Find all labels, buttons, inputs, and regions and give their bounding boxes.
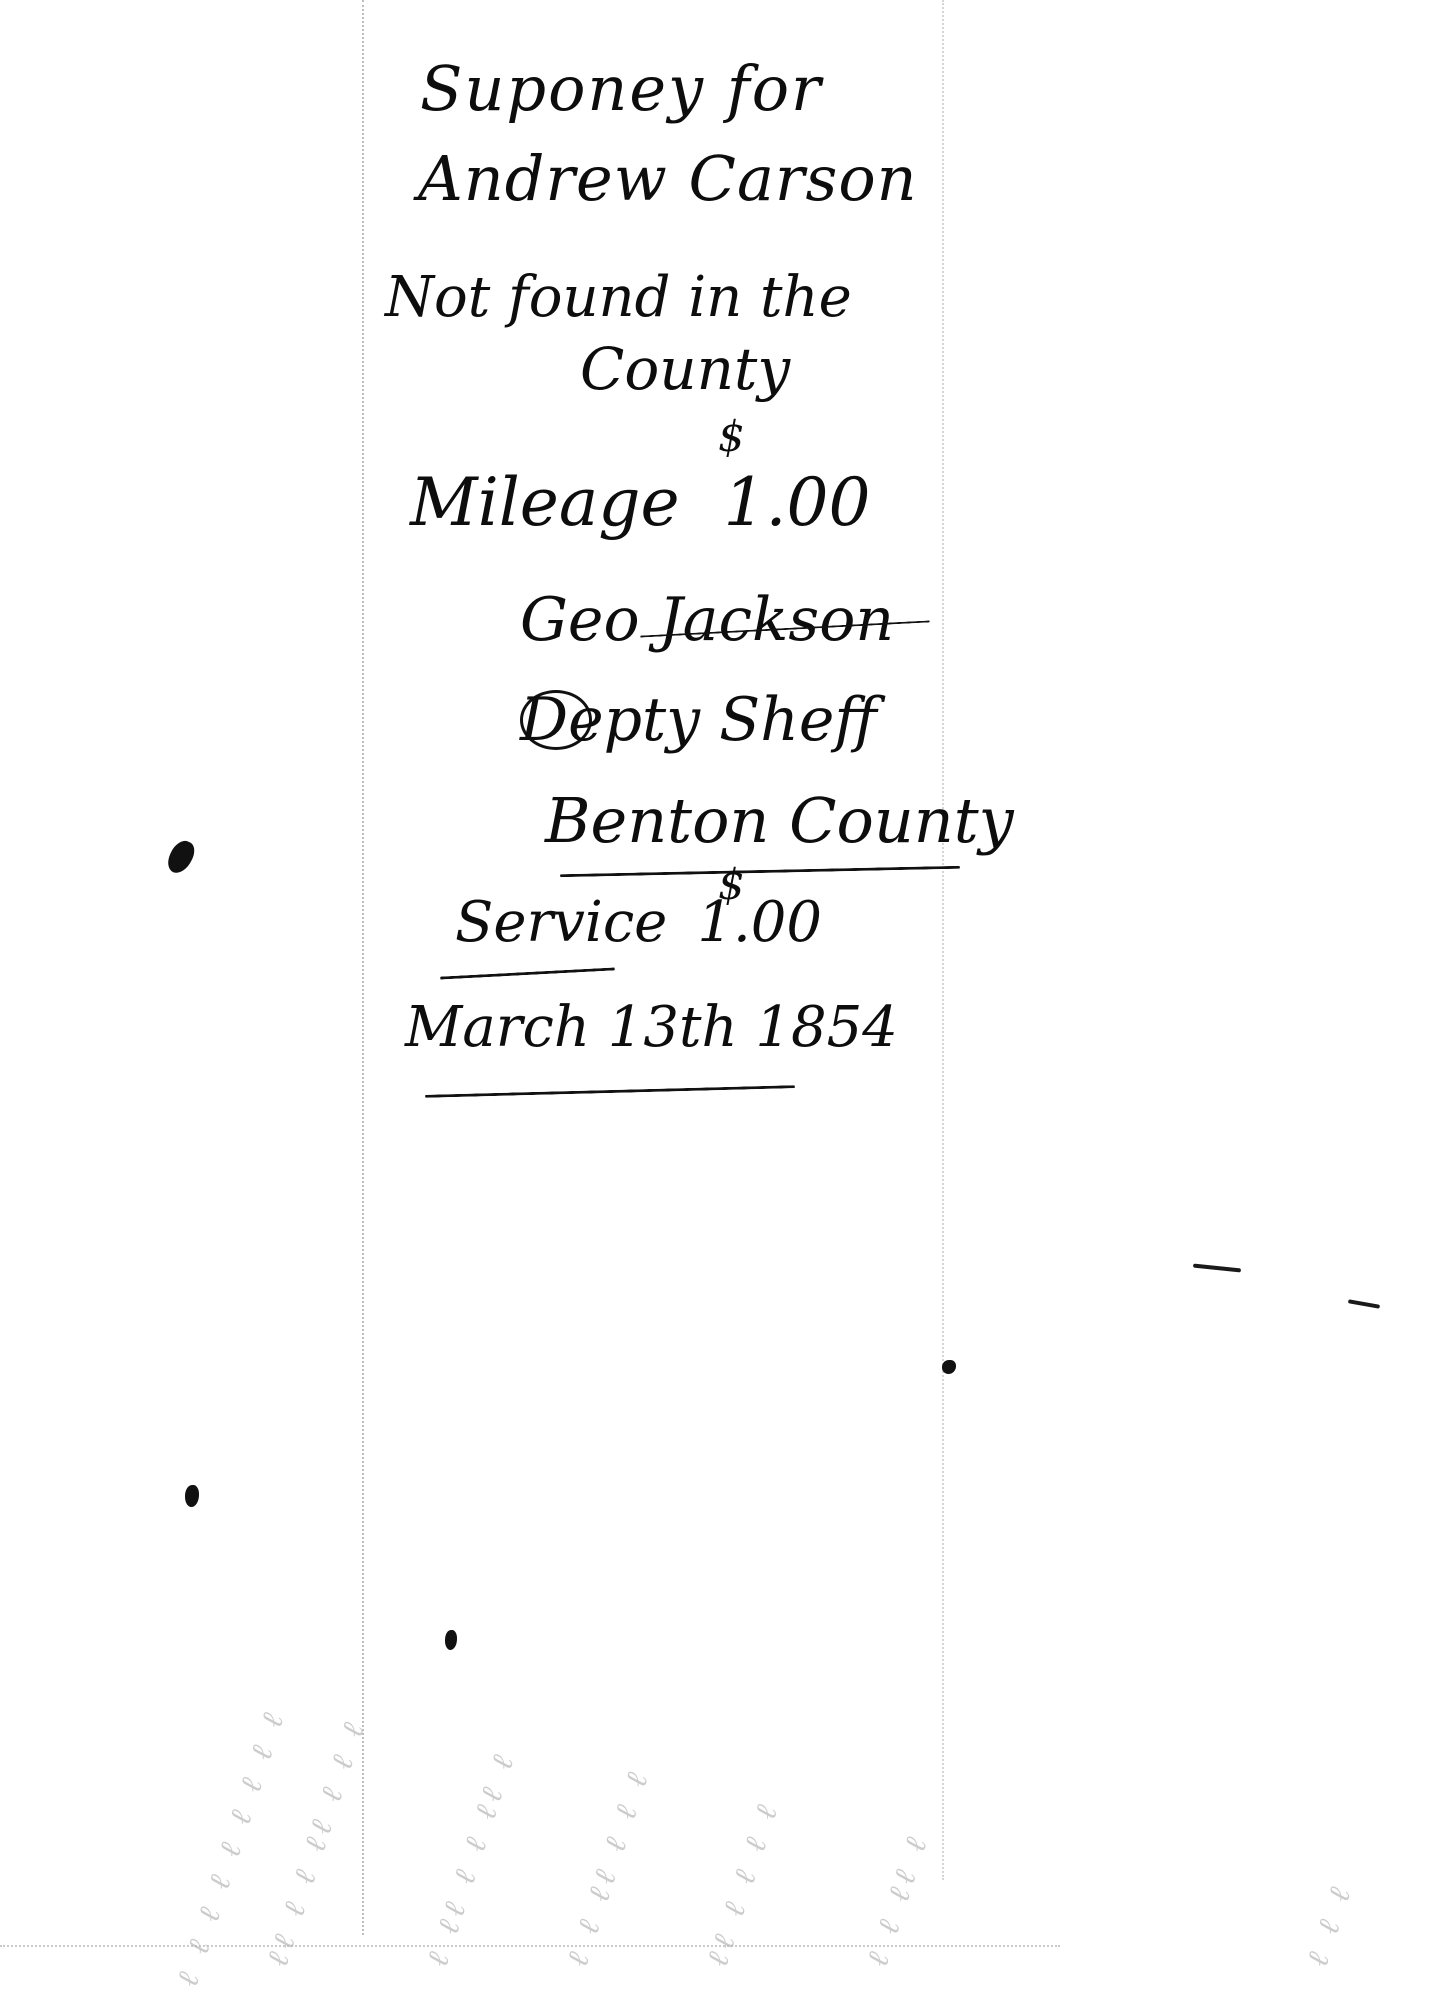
service-amount: 1.00 bbox=[697, 890, 822, 955]
return-note-line-2: County bbox=[580, 340, 790, 398]
ink-blot bbox=[185, 1485, 199, 1507]
stray-mark bbox=[1193, 1264, 1241, 1273]
dollar-mark: $ bbox=[718, 412, 745, 461]
subject-name: Andrew Carson bbox=[418, 148, 918, 210]
service-label: Service bbox=[455, 890, 667, 955]
return-note-line-1: Not found in the bbox=[385, 270, 852, 326]
signature-title: Depty Sheff bbox=[520, 690, 877, 750]
right-fold-line bbox=[942, 0, 944, 1880]
signature-county: Benton County bbox=[545, 790, 1014, 852]
ink-blot bbox=[164, 837, 198, 877]
service-fee-line: Service1.00 bbox=[455, 895, 822, 951]
bleed-through-text: ℓ ℓ ℓℓ ℓ ℓ ℓ bbox=[560, 1763, 657, 1971]
service-underline bbox=[440, 967, 615, 979]
county-underline bbox=[560, 866, 960, 877]
document-title: Suponey for bbox=[420, 58, 823, 120]
bleed-through-text: ℓ ℓℓ ℓ ℓ ℓℓ ℓ bbox=[420, 1745, 523, 1970]
mileage-fee-line: Mileage1.00 bbox=[410, 470, 870, 536]
ink-blot bbox=[942, 1360, 956, 1374]
stray-mark bbox=[1348, 1299, 1380, 1308]
mileage-amount: 1.00 bbox=[724, 464, 871, 541]
date-underline bbox=[425, 1085, 795, 1098]
ink-blot bbox=[445, 1630, 457, 1650]
signature-name: Geo Jackson bbox=[520, 590, 894, 650]
bleed-through-text: ℓ ℓ ℓℓ ℓ bbox=[860, 1828, 936, 1971]
document-date: March 13th 1854 bbox=[405, 1000, 898, 1056]
left-fold-line bbox=[362, 0, 364, 1935]
mileage-label: Mileage bbox=[410, 464, 680, 541]
scanned-document-page: ℓ ℓ ℓ ℓ ℓ ℓ ℓ ℓ ℓ ℓℓ ℓ ℓ ℓℓ ℓ ℓ ℓ ℓ ℓℓ ℓ… bbox=[0, 0, 1430, 2000]
bleed-through-text: ℓ ℓ ℓ bbox=[1300, 1878, 1360, 1971]
